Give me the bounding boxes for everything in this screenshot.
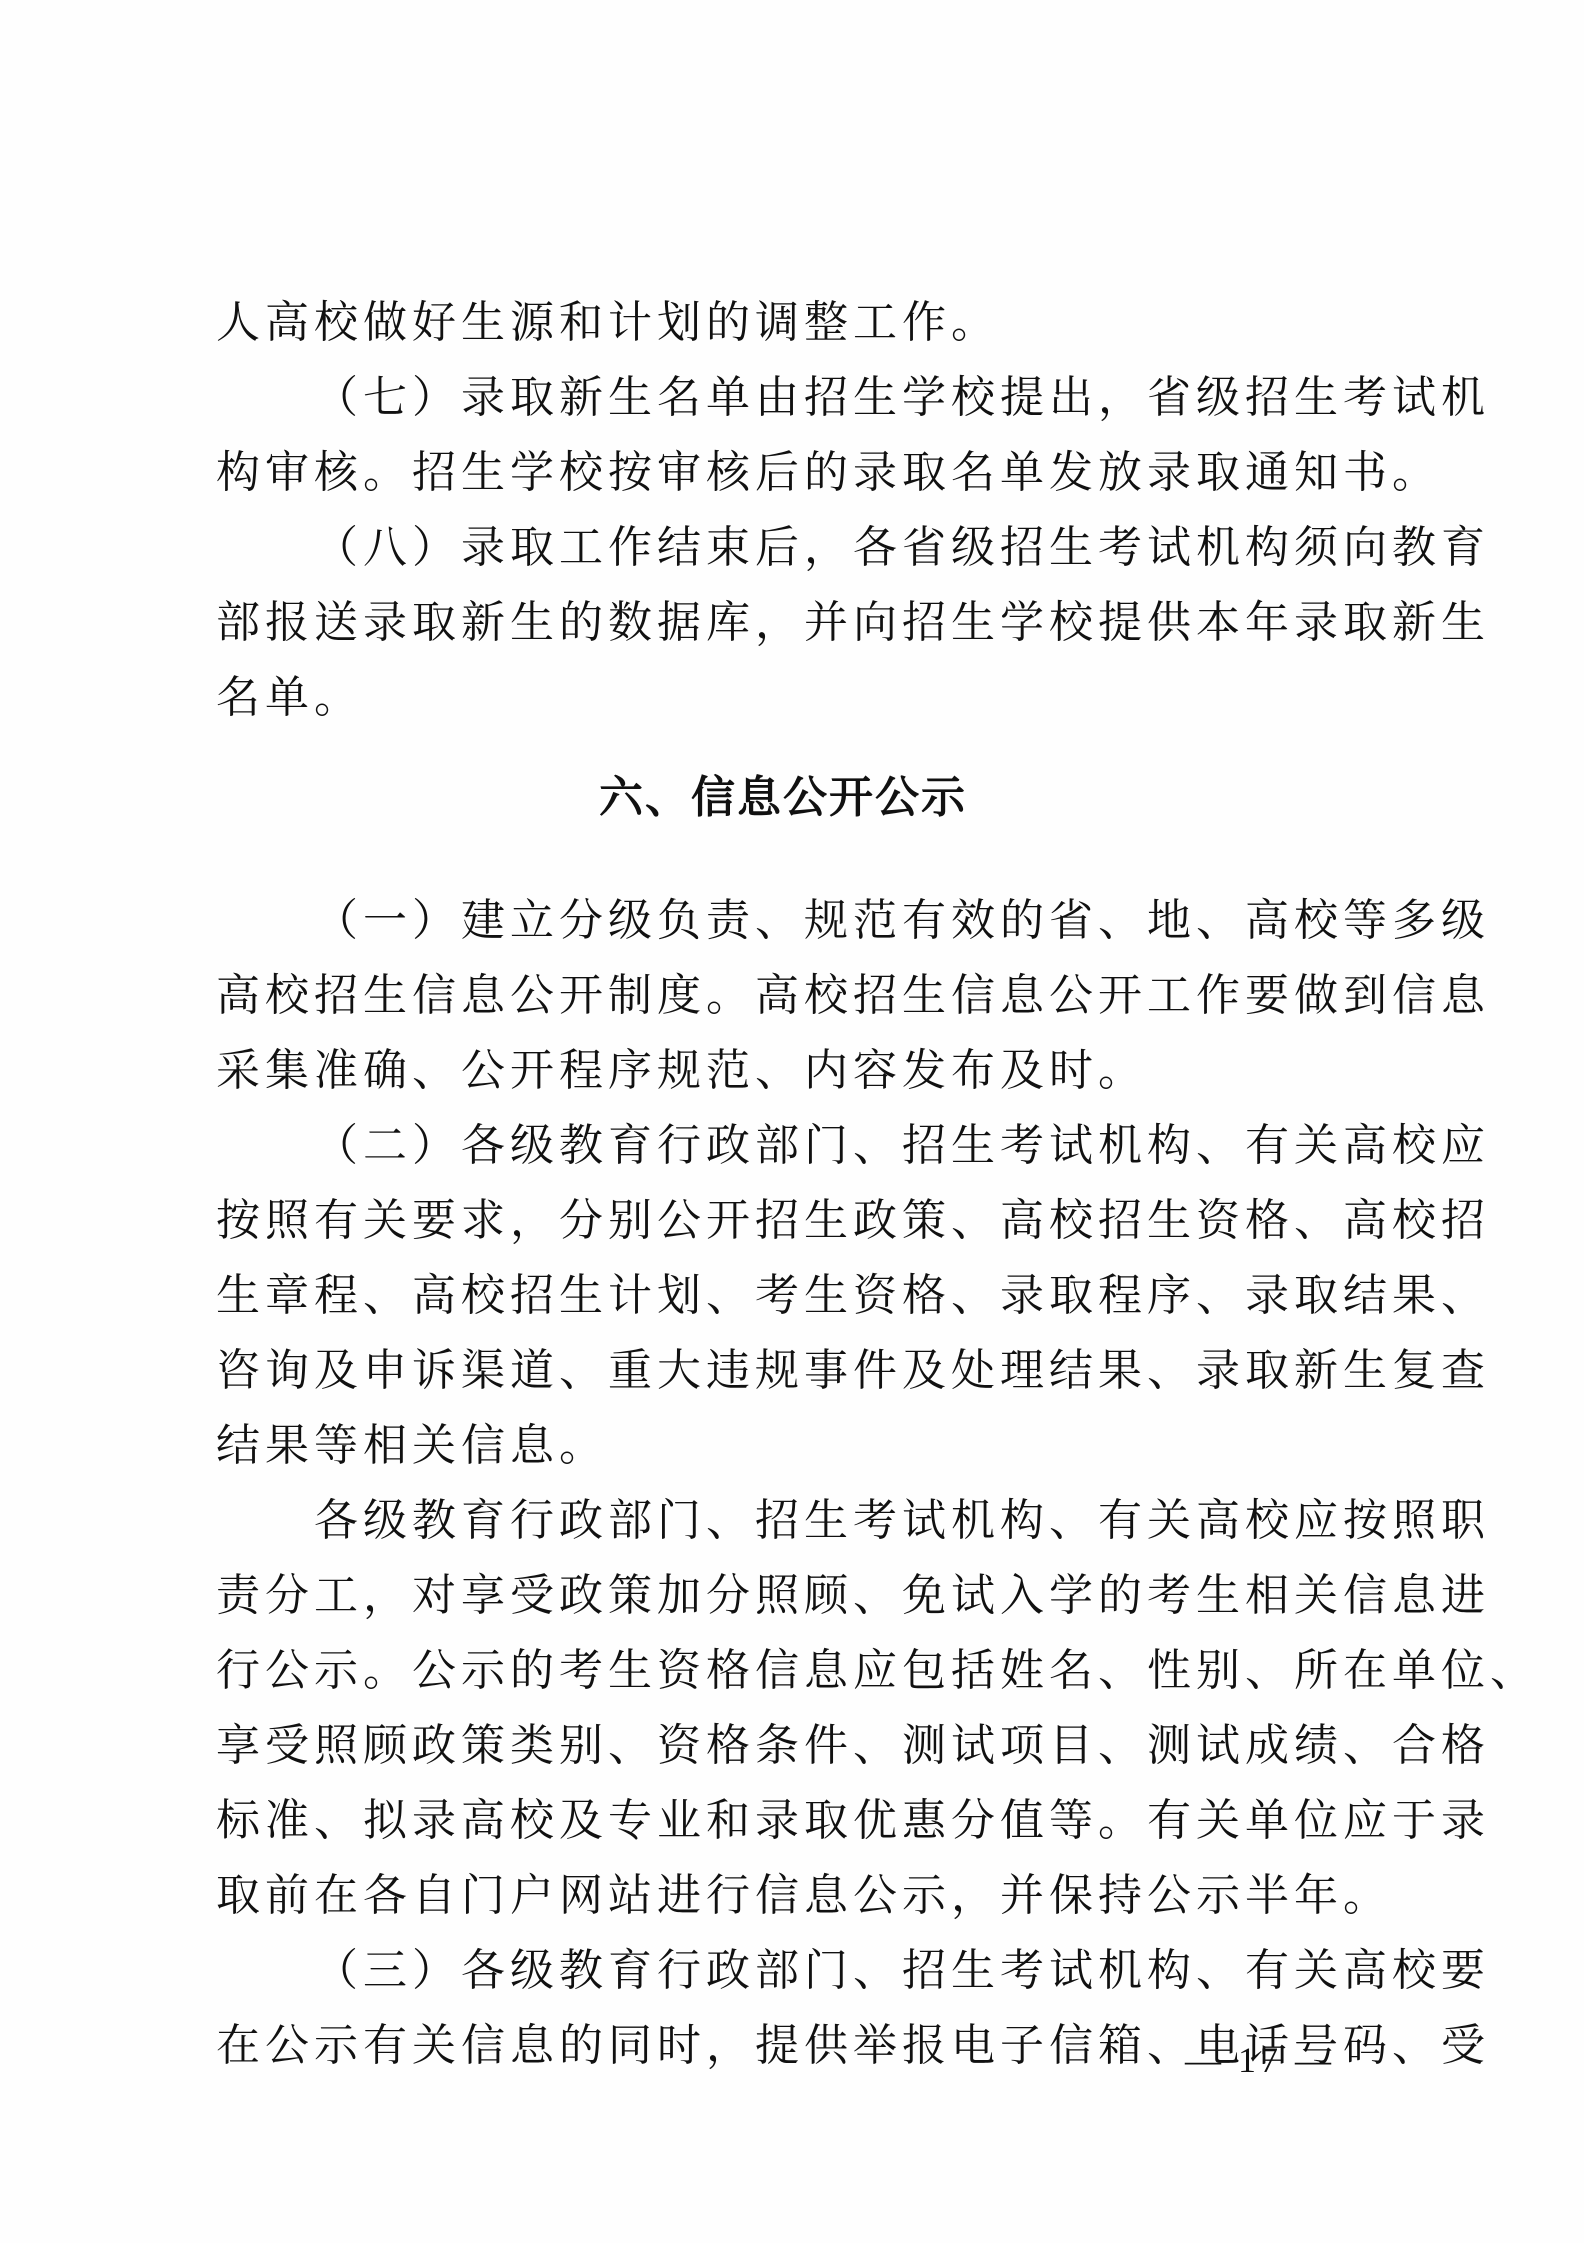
text-line: 在公示有关信息的同时，提供举报电子信箱、电话号码、受 [216, 2008, 1350, 2083]
text-line: 标准、拟录高校及专业和录取优惠分值等。有关单位应于录 [216, 1783, 1350, 1858]
paragraph-block-admission: 人高校做好生源和计划的调整工作。 （七）录取新生名单由招生学校提出，省级招生考试… [216, 285, 1350, 735]
text-line: （八）录取工作结束后，各省级招生考试机构须向教育 [216, 510, 1350, 585]
text-line: 结果等相关信息。 [216, 1408, 1350, 1483]
text-line: 部报送录取新生的数据库，并向招生学校提供本年录取新生 [216, 585, 1350, 660]
text-line: 行公示。公示的考生资格信息应包括姓名、性别、所在单位、 [216, 1633, 1350, 1708]
text-line: 高校招生信息公开制度。高校招生信息公开工作要做到信息 [216, 958, 1350, 1033]
text-line: 名单。 [216, 660, 1350, 735]
text-line: 采集准确、公开程序规范、内容发布及时。 [216, 1033, 1350, 1108]
text-line: 责分工，对享受政策加分照顾、免试入学的考生相关信息进 [216, 1558, 1350, 1633]
page-number: — 17 — [1185, 2040, 1335, 2080]
text-line: （一）建立分级负责、规范有效的省、地、高校等多级 [216, 883, 1350, 958]
text-line: 各级教育行政部门、招生考试机构、有关高校应按照职 [216, 1483, 1350, 1558]
section-heading: 六、信息公开公示 [216, 760, 1350, 835]
text-line: （三）各级教育行政部门、招生考试机构、有关高校要 [216, 1933, 1350, 2008]
text-line: 生章程、高校招生计划、考生资格、录取程序、录取结果、 [216, 1258, 1350, 1333]
text-line: 按照有关要求，分别公开招生政策、高校招生资格、高校招 [216, 1183, 1350, 1258]
text-line: 取前在各自门户网站进行信息公示，并保持公示半年。 [216, 1858, 1350, 1933]
text-line: 享受照顾政策类别、资格条件、测试项目、测试成绩、合格 [216, 1708, 1350, 1783]
text-line: （七）录取新生名单由招生学校提出，省级招生考试机 [216, 360, 1350, 435]
text-line: 人高校做好生源和计划的调整工作。 [216, 285, 1350, 360]
text-line: 咨询及申诉渠道、重大违规事件及处理结果、录取新生复查 [216, 1333, 1350, 1408]
paragraph-block-info-disclosure: （一）建立分级负责、规范有效的省、地、高校等多级 高校招生信息公开制度。高校招生… [216, 883, 1350, 2083]
document-page: 人高校做好生源和计划的调整工作。 （七）录取新生名单由招生学校提出，省级招生考试… [0, 0, 1584, 2243]
text-line: 构审核。招生学校按审核后的录取名单发放录取通知书。 [216, 435, 1350, 510]
text-line: （二）各级教育行政部门、招生考试机构、有关高校应 [216, 1108, 1350, 1183]
